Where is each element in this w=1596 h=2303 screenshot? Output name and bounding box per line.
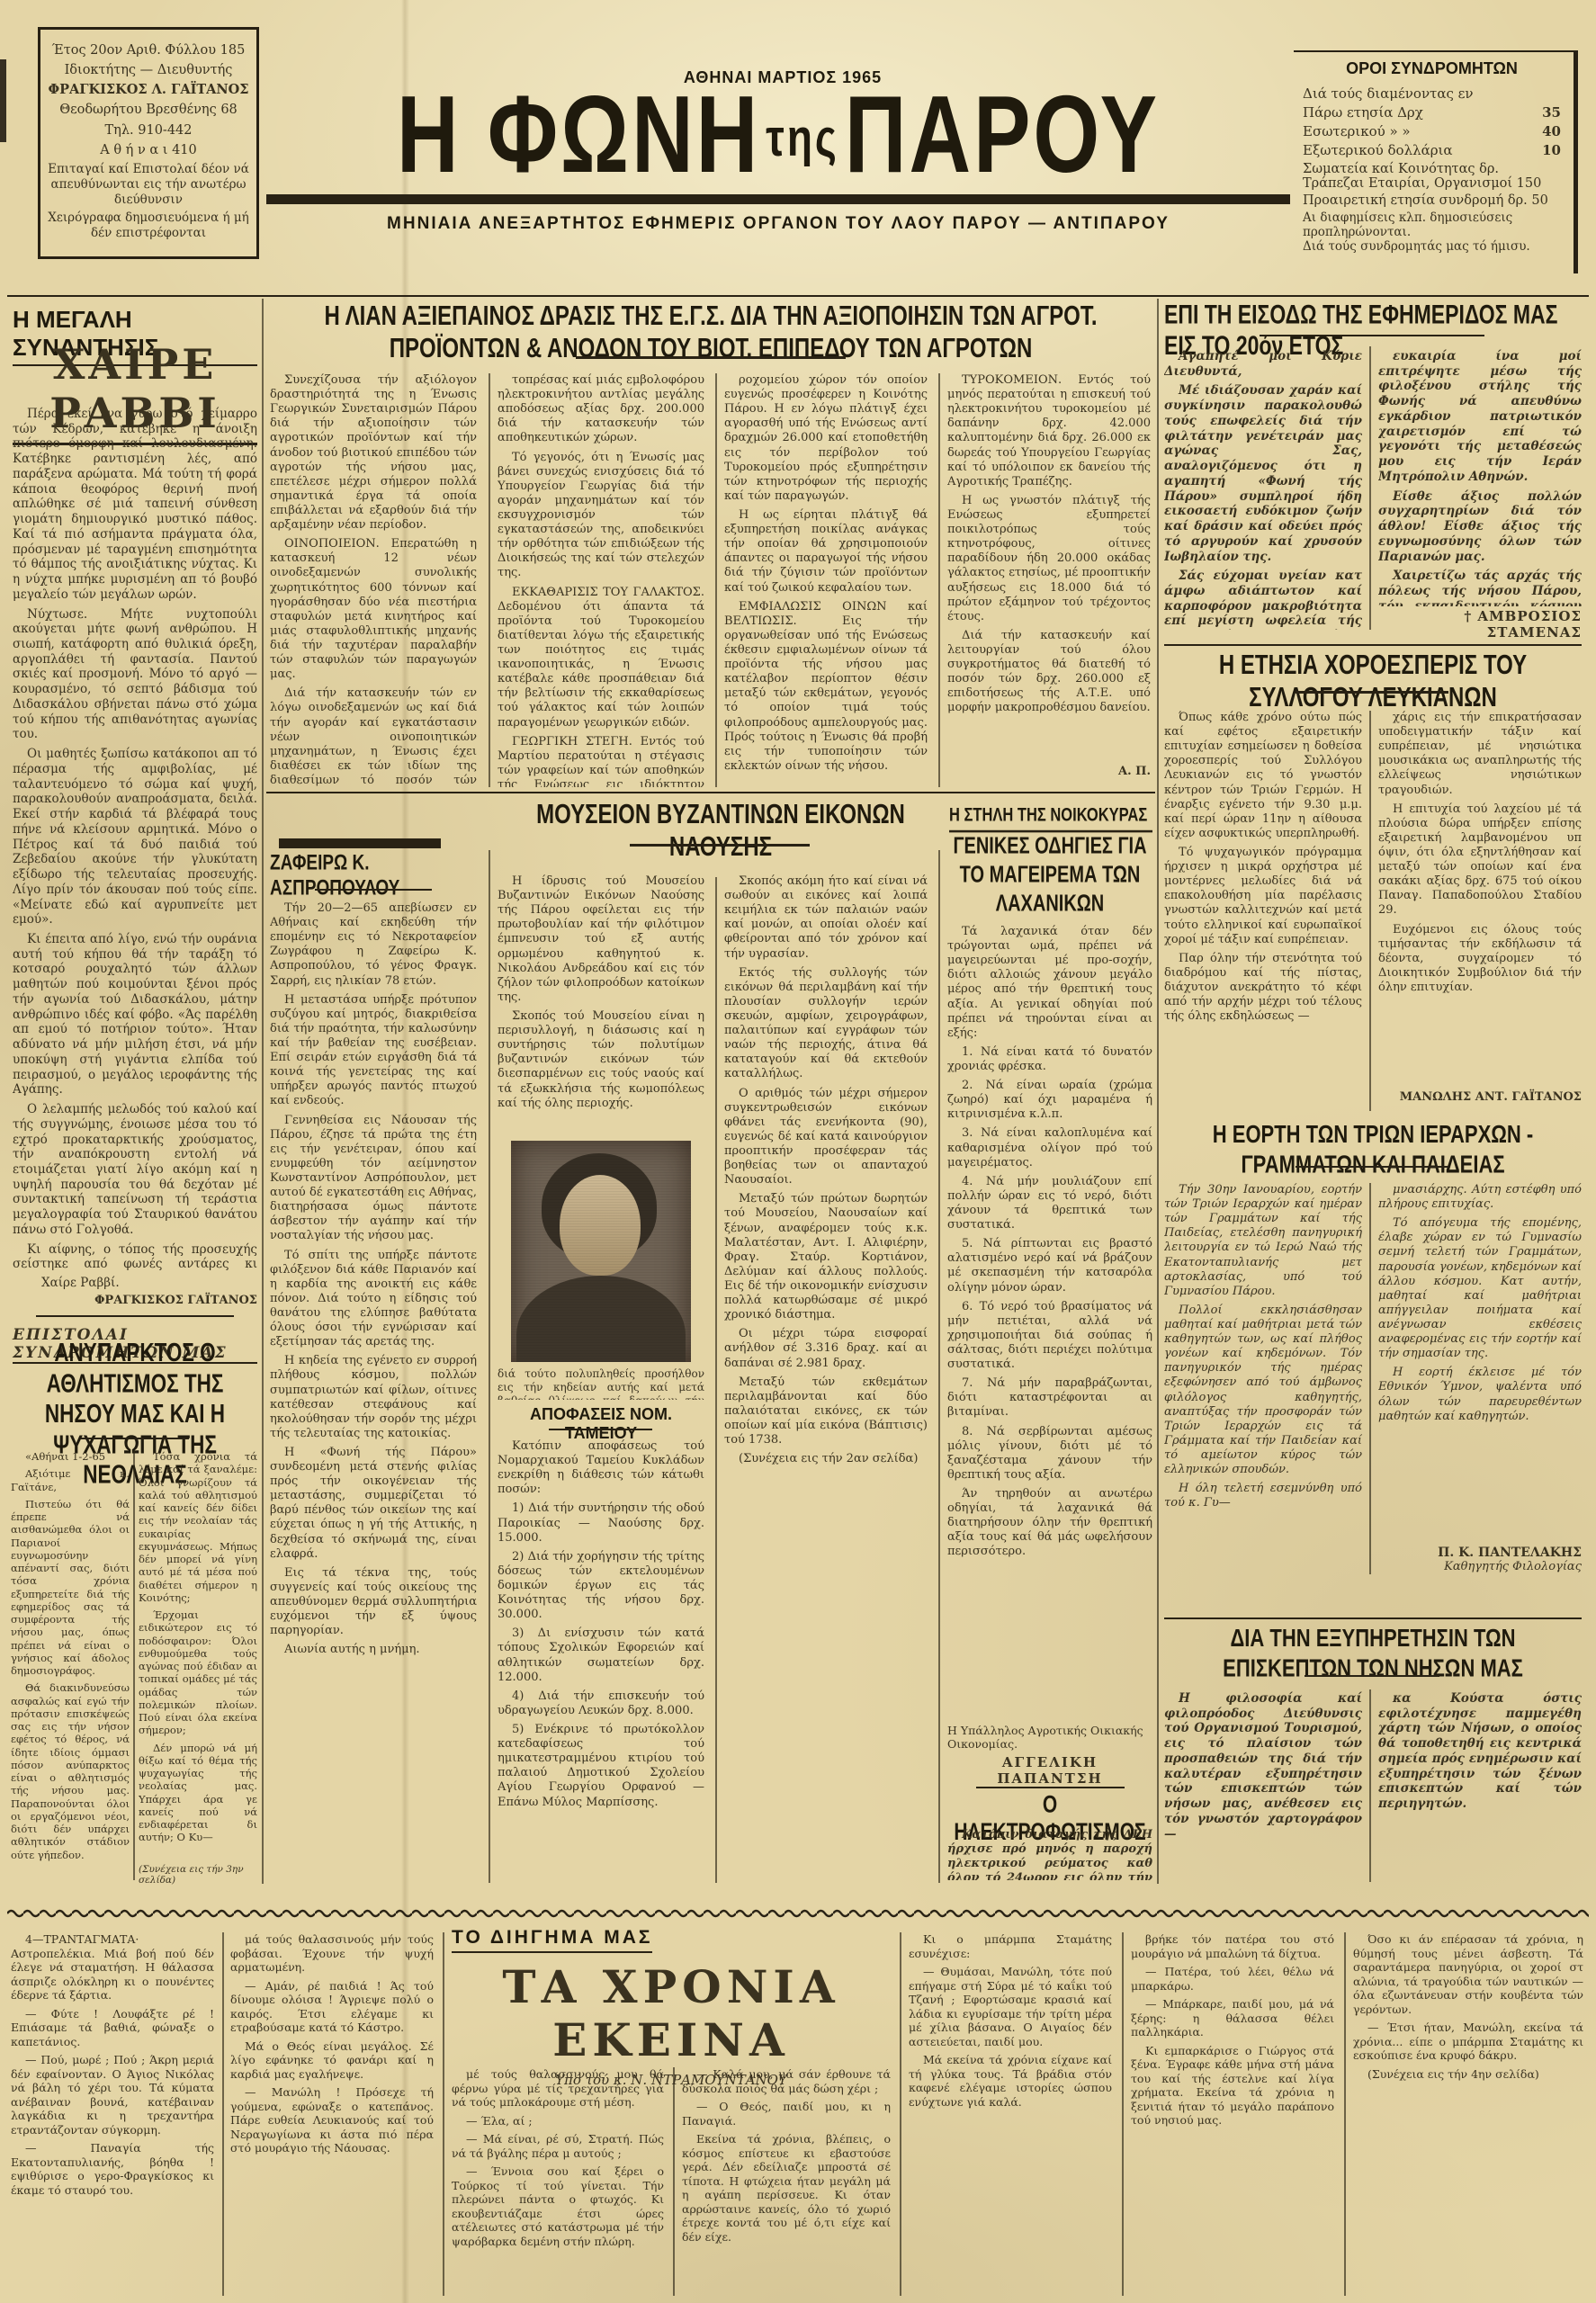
egs-signature: Α. Π. bbox=[947, 765, 1151, 778]
paragraph: Η φιλοσοφία καί φιλοπρόοδος Διεύθυνσις τ… bbox=[1164, 1691, 1362, 1842]
paragraph: Μέ ιδιάζουσαν χαράν καί συγκίνησιν παρακ… bbox=[1164, 383, 1362, 564]
masthead-title-left: Η ΦΩΝΗ bbox=[397, 74, 760, 196]
zafeiro-body: Τήν 20—2—65 απεβίωσεν εν Αθήναις καί εκη… bbox=[270, 901, 477, 1880]
paragraph: Κι έπειτα από λίγο, ενώ τήν ουράνια αυτή… bbox=[13, 932, 257, 1098]
masthead-title: Η ΦΩΝΗτηςΠΑΡΟΥ bbox=[265, 73, 1291, 199]
city-line: Α θ ή ν α ι 410 bbox=[48, 142, 249, 158]
paragraph: ΓΕΩΡΓΙΚΗ ΣΤΕΓΗ. Εντός τού Μαρτίου περατο… bbox=[498, 735, 704, 787]
section-divider bbox=[266, 792, 1155, 793]
ierarchon-signature-role: Καθηγητής Φιλολογίας bbox=[1378, 1560, 1582, 1573]
museum-colc: Σκοπός ακόμη ήτο καί είναι νά σωθούν αι … bbox=[724, 874, 928, 1880]
issue-number: Έτος 20ον Αριθ. Φύλλου 185 bbox=[48, 42, 249, 58]
photo-grain bbox=[511, 1141, 691, 1362]
paragraph: — Ο Θεός, παιδί μου, κι η Παναγιά. bbox=[682, 2100, 891, 2128]
column-divider bbox=[1369, 1689, 1371, 1882]
headline-rule bbox=[1305, 1675, 1439, 1677]
paragraph: — Καλά μου, μά σάν έρθουνε τά δύσκολα πο… bbox=[682, 2067, 891, 2095]
column-divider bbox=[262, 299, 264, 1884]
paragraph: Τό γεγονός, ότι η Ένωσίς μας βάνει συνεχ… bbox=[498, 451, 704, 581]
letters-continuation: (Συνέχεια εις τήν 3ην σελίδα) bbox=[139, 1864, 257, 1886]
ierarchon-headline: Η ΕΟΡΤΗ ΤΩΝ ΤΡΙΩΝ ΙΕΡΑΡΧΩΝ - ΓΡΑΜΜΑΤΩΝ Κ… bbox=[1164, 1120, 1582, 1181]
exypiretisi-col1: Η φιλοσοφία καί φιλοπρόοδος Διεύθυνσις τ… bbox=[1164, 1691, 1362, 1880]
ilektro-body: Κατόπιν διαταγής τής ΔΕΗ ήρχισε πρό μηνό… bbox=[947, 1828, 1152, 1880]
paragraph: 4—ΤΡΑΝΤΑΓΜΑΤΑ· Αστροπελέκια. Μιά βοή πού… bbox=[11, 1932, 214, 2003]
paragraph: βρήκε τόν πατέρα του στό μουράγιο νά μπα… bbox=[1131, 1932, 1334, 1960]
paragraph: 3) Δι ενίσχυσιν τών κατά τόπους Σχολικών… bbox=[498, 1626, 704, 1684]
paragraph: 1) Διά τήν συντήρησιν τής οδού Παροικίας… bbox=[498, 1501, 704, 1545]
phone-line: Τηλ. 910-442 bbox=[48, 122, 249, 139]
noikokyra-kicker: Η ΣΤΗΛΗ ΤΗΣ ΝΟΙΚΟΚΥΡΑΣ bbox=[949, 805, 1152, 833]
paragraph: 3. Νά είναι καλοπλυμένα καί καθαρισμένα … bbox=[947, 1126, 1152, 1169]
subscription-note: Διά τούς συνδρομητάς μας τό ήμισυ. bbox=[1303, 239, 1561, 254]
column-divider bbox=[1122, 1932, 1124, 2296]
rate-label: Εξωτερικού δολλάρια bbox=[1303, 142, 1453, 158]
paragraph: Κατόπιν διαταγής τής ΔΕΗ ήρχισε πρό μηνό… bbox=[947, 1828, 1152, 1880]
section-divider bbox=[976, 1787, 1125, 1788]
paragraph: (Συνέχεια εις τήν 4ην σελίδα) bbox=[1353, 2067, 1583, 2082]
paragraph: Εις τά τέκνα της, τούς συγγενείς καί τού… bbox=[270, 1566, 477, 1639]
paragraph: Διά τήν κατασκευήν καί λειτουργίαν τού ό… bbox=[947, 629, 1151, 716]
rate-row: Εσωτερικού » »40 bbox=[1303, 123, 1561, 139]
paragraph: 4. Νά μήν μουλιάζουν επί πολλήν ώραν εις… bbox=[947, 1175, 1152, 1232]
headline-rule bbox=[315, 889, 432, 891]
rate-label: Εσωτερικού » » bbox=[1303, 123, 1411, 139]
ierarchon-signature: Π. Κ. ΠΑΝΤΕΛΑΚΗΣ bbox=[1378, 1546, 1582, 1560]
paragraph: Μά ο Θεός είναι μεγάλος. Σέ λίγο εφάνηκε… bbox=[230, 2039, 434, 2082]
masthead-subtitle: ΜΗΝΙΑΙΑ ΑΝΕΞΑΡΤΗΤΟΣ ΕΦΗΜΕΡΙΣ ΟΡΓΑΝΟΝ ΤΟΥ… bbox=[266, 214, 1290, 234]
rate-value: 40 bbox=[1542, 123, 1561, 139]
paragraph: Είσθε άξιος πολλών συγχαρητηρίων διά τόν… bbox=[1378, 489, 1582, 565]
paragraph: 5. Νά ρίπτωνται εις βραστό αλατισμένο νε… bbox=[947, 1237, 1152, 1295]
rate-value: 10 bbox=[1542, 142, 1561, 158]
column-divider bbox=[133, 1450, 135, 1880]
paragraph: Τήν 30ην Ιανουαρίου, εορτήν τών Τριών Ιε… bbox=[1164, 1183, 1362, 1299]
paragraph: Τό ψυχαγωγικόν πρόγραμμα ήρχισεν η μικρά… bbox=[1164, 846, 1362, 947]
address-line: Θεοδωρήτου Βρεσθένης 68 bbox=[48, 102, 249, 118]
paragraph: Η κηδεία της εγένετο εν συρροή πλήθους κ… bbox=[270, 1354, 477, 1441]
paragraph: Μεταξύ τών πρώτων δωρητών τού Μουσείου, … bbox=[724, 1192, 928, 1322]
paragraph: κα Κούστα όστις εφιλοτέχνησε παμμεγέθη χ… bbox=[1378, 1691, 1582, 1812]
paragraph: τοπρέσας καί μιάς εμβολοφόρου ηλεκτροκιν… bbox=[498, 373, 704, 446]
story-col3: μέ τούς θαλασσινούς μου θά φέρνω γύρα μέ… bbox=[452, 2067, 664, 2296]
paragraph: Εκείνα τά χρόνια, βλέπεις, ο κόσμος επίσ… bbox=[682, 2132, 891, 2244]
paragraph: Οι μέχρι τώρα εισφοραί ανήλθον σέ 3.316 … bbox=[724, 1327, 928, 1370]
paragraph: 8. Νά σερβίρωνται αμέσως μόλις γίνουν, δ… bbox=[947, 1425, 1152, 1483]
story-col1: 4—ΤΡΑΝΤΑΓΜΑΤΑ· Αστροπελέκια. Μιά βοή πού… bbox=[11, 1932, 214, 2296]
newspaper-page: Έτος 20ον Αριθ. Φύλλου 185 Ιδιοκτήτης — … bbox=[0, 0, 1596, 2303]
rate-value: 35 bbox=[1542, 104, 1561, 121]
paragraph: «Αθήναι 1-2-65 bbox=[11, 1450, 130, 1463]
paragraph: μά τούς θαλασσινούς μήν τούς φοβάσαι. Έχ… bbox=[230, 1932, 434, 1975]
paragraph: Πιστεύω ότι θά έπρεπε νά αισθανώμεθα όλο… bbox=[11, 1498, 130, 1678]
paragraph: Τά λαχανικά όταν δέν τρώγονται ωμά, πρέπ… bbox=[947, 925, 1152, 1041]
paragraph: Χαιρετίζω τάς αρχάς τής πόλεως τής νήσου… bbox=[1378, 569, 1582, 606]
exypiretisi-col2: κα Κούστα όστις εφιλοτέχνησε παμμεγέθη χ… bbox=[1378, 1691, 1582, 1880]
paragraph: Θά διακινδυνεύσω ασφαλώς καί εγώ τήν πρό… bbox=[11, 1681, 130, 1861]
paragraph: Η «Φωνή τής Πάρου» συνδεομένη μετά στενή… bbox=[270, 1446, 477, 1562]
rabbi-signature: ΦΡΑΓΚΙΣΚΟΣ ΓΑΪΤΑΝΟΣ bbox=[13, 1294, 257, 1307]
paragraph: 2) Διά τήν χορήγησιν τής τρίτης δόσεως τ… bbox=[498, 1550, 704, 1623]
paragraph: ροχομείου χώρον τόν οποίον ευγενώς προσέ… bbox=[724, 373, 928, 504]
headline-rule bbox=[1296, 691, 1448, 694]
entry20-col1: Αγαπητέ μοι Κύριε Διευθυντά,Μέ ιδιάζουσα… bbox=[1164, 349, 1362, 630]
zafeiro-headline: ΖΑΦΕΙΡΩ Κ. ΑΣΠΡΟΠΟΥΛΟΥ bbox=[270, 851, 486, 901]
story-kicker: ΤΟ ΔΙΗΓΗΜΑ ΜΑΣ bbox=[452, 1927, 652, 1953]
museum-headline: ΜΟΥΣΕΙΟΝ ΒΥΖΑΝΤΙΝΩΝ ΕΙΚΟΝΩΝ ΝΑΟΥΣΗΣ bbox=[500, 799, 941, 864]
portrait-photo bbox=[511, 1141, 691, 1362]
egs-col4: ΤΥΡΟΚΟΜΕΙΟΝ. Εντός τού μηνός περατούται … bbox=[947, 373, 1151, 762]
column-divider bbox=[673, 2067, 675, 2296]
paragraph: Έρχομαι ειδικώτερον εις τό ποδόσφαιρον: … bbox=[139, 1609, 257, 1737]
paragraph: Η ίδρυσις τού Μουσείου Βυζαντινών Εικόνω… bbox=[498, 874, 704, 1005]
paragraph: 7. Νά μήν παραβράζωνται, διότι καταστρέφ… bbox=[947, 1376, 1152, 1420]
subscription-note: Αι διαφημίσεις κλπ. δημοσιεύσεις προπληρ… bbox=[1303, 211, 1561, 239]
header-divider bbox=[7, 295, 1589, 297]
paragraph: Κι αίφνης, ο τόπος τής προσευχής σείστηκ… bbox=[13, 1242, 257, 1272]
wavy-divider bbox=[7, 1905, 1589, 1916]
paragraph: 1. Νά είναι κατά τό δυνατόν χρονιάς φρέσ… bbox=[947, 1045, 1152, 1074]
museum-colb: Η ίδρυσις τού Μουσείου Βυζαντινών Εικόνω… bbox=[498, 874, 704, 1137]
paragraph: ΕΚΚΑΘΑΡΙΣΙΣ ΤΟΥ ΓΑΛΑΚΤΟΣ. Δεδομένου ότι … bbox=[498, 586, 704, 730]
dance-signature: ΜΑΝΩΛΗΣ ΑΝΤ. ΓΑΪΤΑΝΟΣ bbox=[1378, 1090, 1582, 1104]
paragraph: Αιωνία αυτής η μνήμη. bbox=[270, 1643, 477, 1657]
paragraph: Κι εμπαρκάρισε ο Γιώργος στά ξένα. Έγραφ… bbox=[1131, 2044, 1334, 2128]
dance-headline: Η ΕΤΗΣΙΑ ΧΟΡΟΕΣΠΕΡΙΣ ΤΟΥ ΣΥΛΛΟΓΟΥ ΛΕΥΚΙΑ… bbox=[1164, 650, 1582, 714]
headline-rule bbox=[630, 844, 810, 847]
column-divider bbox=[1369, 346, 1371, 630]
apofaseis-body: Κατόπιν αποφάσεως τού Νομαρχιακού Ταμείο… bbox=[498, 1439, 704, 1880]
paragraph: — Μανώλη ! Πρόσεχε τή γούμενα, εφώναξε ο… bbox=[230, 2085, 434, 2155]
paragraph: Όσο κι άν επέρασαν τά χρόνια, η θύμησή τ… bbox=[1353, 1932, 1583, 2016]
column-divider bbox=[1344, 1932, 1346, 2296]
paragraph: — Παναγία τής Εκατονταπυλιανής, βόηθα ! … bbox=[11, 2141, 214, 2197]
paragraph: Σκοπός ακόμη ήτο καί είναι νά σωθούν αι … bbox=[724, 874, 928, 962]
paragraph: Μά εκείνα τά χρόνια είχανε καί τή γλύκα … bbox=[909, 2053, 1112, 2109]
paragraph: 6. Τό νερό τού βρασίματος νά μήν πετιέτα… bbox=[947, 1300, 1152, 1373]
subscription-note: Σωματεία καί Κοινότητας δρ. bbox=[1303, 162, 1561, 176]
column-divider bbox=[715, 877, 717, 1883]
paragraph: Η εορτή έκλεισε μέ τόν Εθνικόν Ύμνον, ψα… bbox=[1378, 1366, 1582, 1423]
story-col5: Κι ο μπάρμπα Σταμάτης εσυνέχισε:— Θυμάσα… bbox=[909, 1932, 1112, 2296]
paragraph: Αγαπητέ μοι Κύριε Διευθυντά, bbox=[1164, 349, 1362, 379]
headline-rule bbox=[576, 356, 846, 359]
paragraph: Ο λελαμπής μελωδός τού καλού καί τής συγ… bbox=[13, 1102, 257, 1238]
paragraph: ευκαιρία ίνα μοί επιτρέψητε μέσω τής φιλ… bbox=[1378, 349, 1582, 485]
ierarchon-col1: Τήν 30ην Ιανουαρίου, εορτήν τών Τριών Ιε… bbox=[1164, 1183, 1362, 1570]
section-divider bbox=[1164, 644, 1582, 646]
column-divider bbox=[938, 850, 940, 1883]
noikokyra-byline: Η Υπάλληλος Αγροτικής Οικιακής Οικονομία… bbox=[947, 1724, 1152, 1751]
paragraph: Γεννηθείσα εις Νάουσαν τής Πάρου, έζησε … bbox=[270, 1114, 477, 1244]
masthead-title-article: της bbox=[760, 107, 845, 167]
paragraph: — Πατέρα, τού λέει, θέλω νά μπαρκάρω. bbox=[1131, 1965, 1334, 1993]
paragraph: Τό σπίτι της υπήρξε πάντοτε φιλόξενον δι… bbox=[270, 1249, 477, 1350]
paragraph: Σάς εύχομαι υγείαν κατ άμφω αδιάπτωτον κ… bbox=[1164, 569, 1362, 630]
subscription-intro: Διά τούς διαμένοντας εν bbox=[1303, 85, 1561, 102]
paragraph: Νύχτωσε. Μήτε νυχτοπούλι ακούγεται μήτε … bbox=[13, 607, 257, 743]
letters-col1: «Αθήναι 1-2-65Αξιότιμε κ. Γαϊτάνε,Πιστεύ… bbox=[11, 1450, 130, 1880]
paragraph: Εκτός τής συλλογής τών εικόνων θά περιλα… bbox=[724, 966, 928, 1082]
paragraph: Σκοπός τού Μουσείου είναι η περισυλλογή,… bbox=[498, 1009, 704, 1111]
paragraph: ΕΜΦΙΑΛΩΣΙΣ ΟΙΝΩΝ καί ΒΕΛΤΙΩΣΙΣ. Εις τήν … bbox=[724, 600, 928, 774]
headline-rule bbox=[1296, 1166, 1448, 1168]
paragraph: 2. Νά είναι ωραία (χρώμα ζωηρό) καί όχι … bbox=[947, 1079, 1152, 1122]
paragraph: (Συνέχεια εις τήν 2αν σελίδα) bbox=[724, 1452, 928, 1466]
paragraph: Μεταξύ τών εκθεμάτων περιλαμβάνονται καί… bbox=[724, 1376, 928, 1448]
manuscripts-note: Χειρόγραφα δημοσιευόμενα ή μή δέν επιστρ… bbox=[48, 211, 249, 241]
section-divider bbox=[1164, 1617, 1582, 1619]
ierarchon-col2: μνασιάρχης. Αύτη εστέφθη υπό πλήρους επι… bbox=[1378, 1183, 1582, 1543]
paragraph: Η μεταστάσα υπήρξε πρότυπον συζύγου καί … bbox=[270, 993, 477, 1109]
wavy-divider-svg bbox=[7, 1908, 1589, 1919]
paragraph: — Έννοια σου καί ξέρει ο Τούρκος τί τού … bbox=[452, 2164, 664, 2248]
story-col4: — Καλά μου, μά σάν έρθουνε τά δύσκολα πο… bbox=[682, 2067, 891, 2296]
apofaseis-headline: ΑΠΟΦΑΣΕΙΣ ΝΟΜ. ΤΑΜΕΙΟΥ bbox=[498, 1405, 704, 1443]
paragraph: — Έτσι ήταν, Μανώλη, εκείνα τά χρόνια...… bbox=[1353, 2021, 1583, 2063]
paragraph: Κι ο μπάρμπα Σταμάτης εσυνέχισε: bbox=[909, 1932, 1112, 1960]
paragraph: Οι μαθητές ξωπίσω κατάκοποι απ τό πέρασμ… bbox=[13, 747, 257, 927]
column-divider bbox=[715, 373, 717, 787]
paragraph: μέ τούς θαλασσινούς μου θά φέρνω γύρα μέ… bbox=[452, 2067, 664, 2110]
letters-col2: Τόσα χρόνια τά λέμε καί τά ξαναλέμε: Όλο… bbox=[139, 1450, 257, 1862]
paragraph: Άν τηρηθούν αι ανωτέρω οδηγίαι, τά λαχαν… bbox=[947, 1487, 1152, 1560]
subscription-note: Τράπεζαι Εταιρίαι, Οργανισμοί 150 bbox=[1303, 176, 1561, 191]
paragraph: Δέν μπορώ νά μή θίξω καί τό θέμα τής ψυχ… bbox=[139, 1742, 257, 1844]
subscription-title: ΟΡΟΙ ΣΥΝΔΡΟΜΗΤΩΝ bbox=[1303, 59, 1561, 78]
paragraph: Ο αριθμός τών μέχρι σήμερον συγκεντρωθει… bbox=[724, 1087, 928, 1188]
owner-name: ΦΡΑΓΚΙΣΚΟΣ Λ. ΓΑΪΤΑΝΟΣ bbox=[48, 82, 249, 98]
column-divider bbox=[900, 1932, 901, 2296]
rate-label: Πάρω ετησία Δρχ bbox=[1303, 104, 1423, 121]
headline-rule bbox=[1260, 335, 1484, 336]
column-divider bbox=[489, 373, 490, 787]
headline-rule bbox=[549, 1429, 652, 1430]
story-col7: Όσο κι άν επέρασαν τά χρόνια, η θύμησή τ… bbox=[1353, 1932, 1583, 2296]
rate-row: Εξωτερικού δολλάρια10 bbox=[1303, 142, 1561, 158]
column-divider bbox=[1369, 1183, 1371, 1574]
paragraph: Η επιτυχία τού λαχείου μέ τά πλούσια δώρ… bbox=[1378, 802, 1582, 919]
headline-rule bbox=[81, 1438, 189, 1439]
paragraph: Παρ όλην τήν στενότητα τού διαδρόμου καί… bbox=[1164, 952, 1362, 1025]
masthead-rule bbox=[266, 194, 1290, 204]
paragraph: Συνεχίζουσα τήν αξιόλογον δραστηριότητά … bbox=[270, 373, 477, 533]
column-divider bbox=[1369, 711, 1371, 1111]
story-headline: ΤΑ ΧΡΟΝΙΑ ΕΚΕΙΝΑ bbox=[452, 1960, 891, 2066]
paragraph: — Θυμάσαι, Μανώλη, τότε πού επήγαμε στή … bbox=[909, 1965, 1112, 2048]
paragraph: Η ως γνωστόν πλάτιγξ τής Ενώσεως εξυπηρε… bbox=[947, 494, 1151, 624]
column-divider bbox=[443, 1932, 444, 2296]
paragraph: Όπως κάθε χρόνο ούτω πώς καί εφέτος εξαι… bbox=[1164, 711, 1362, 841]
column-divider bbox=[489, 850, 490, 1883]
owner-label: Ιδιοκτήτης — Διευθυντής bbox=[48, 62, 249, 78]
subscription-box: ΟΡΟΙ ΣΥΝΔΡΟΜΗΤΩΝ Διά τούς διαμένοντας εν… bbox=[1294, 50, 1578, 273]
scan-edge-smudge bbox=[0, 59, 6, 142]
egs-col3: ροχομείου χώρον τόν οποίον ευγενώς προσέ… bbox=[724, 373, 928, 787]
paragraph: — Αμάν, ρέ παιδιά ! Άς τού δίνουμε ολόισ… bbox=[230, 1979, 434, 2035]
paragraph: χάρις εις τήν επικρατήσασαν υποδειγματικ… bbox=[1378, 711, 1582, 798]
zafeiro-under-photo: διά τούτο πολυπληθείς προσήλθον εις τήν … bbox=[498, 1367, 704, 1400]
masthead-title-right: ΠΑΡΟΥ bbox=[845, 74, 1160, 196]
story-col6: βρήκε τόν πατέρα του στό μουράγιο νά μπα… bbox=[1131, 1932, 1334, 2296]
paragraph: 4) Διά τήν επισκευήν τού υδραγωγείου Λευ… bbox=[498, 1689, 704, 1718]
paragraph: Τήν 20—2—65 απεβίωσεν εν Αθήναις καί εκη… bbox=[270, 901, 477, 989]
paragraph: Η ως είρηται πλάτιγξ θά εξυπηρετήση ποικ… bbox=[724, 508, 928, 596]
paragraph: — Μπάρκαρε, παιδί μου, μά νά ξέρης: η θά… bbox=[1131, 1997, 1334, 2039]
rabbi-body: Πέρα εκεί ένα γύρω στό χείμαρρο τών Κέδρ… bbox=[13, 407, 257, 1272]
paragraph: Αξιότιμε κ. Γαϊτάνε, bbox=[11, 1467, 130, 1493]
mourning-bar bbox=[279, 838, 441, 848]
rate-row: Πάρω ετησία Δρχ35 bbox=[1303, 104, 1561, 121]
paragraph: μνασιάρχης. Αύτη εστέφθη υπό πλήρους επι… bbox=[1378, 1183, 1582, 1212]
paragraph: ΤΥΡΟΚΟΜΕΙΟΝ. Εντός τού μηνός περατούται … bbox=[947, 373, 1151, 489]
entry20-col2: ευκαιρία ίνα μοί επιτρέψητε μέσω τής φιλ… bbox=[1378, 349, 1582, 606]
paragraph: Τόσα χρόνια τά λέμε καί τά ξαναλέμε: Όλο… bbox=[139, 1450, 257, 1604]
column-divider bbox=[938, 373, 940, 787]
paragraph: — Φύτε ! Λουφάξτε ρέ ! Επιάσαμε τά βαθιά… bbox=[11, 2007, 214, 2049]
egs-col1: Συνεχίζουσα τήν αξιόλογον δραστηριότητά … bbox=[270, 373, 477, 787]
paragraph: Πολλοί εκκλησιάσθησαν μαθηταί καί μαθήτρ… bbox=[1164, 1304, 1362, 1477]
publisher-info-box: Έτος 20ον Αριθ. Φύλλου 185 Ιδιοκτήτης — … bbox=[38, 27, 259, 259]
story-col2: μά τούς θαλασσινούς μήν τούς φοβάσαι. Έχ… bbox=[230, 1932, 434, 2296]
paragraph: Η όλη τελετή εσεμνύνθη υπό τού κ. Γυ— bbox=[1164, 1482, 1362, 1510]
paragraph: 5) Ενέκρινε τό πρωτόκολλον κατεδαφίσεως … bbox=[498, 1723, 704, 1810]
paragraph: ΟΙΝΟΠΟΙΕΙΟΝ. Επερατώθη η κατασκευή 12 νέ… bbox=[270, 537, 477, 682]
egs-col2: τοπρέσας καί μιάς εμβολοφόρου ηλεκτροκιν… bbox=[498, 373, 704, 787]
paragraph: — Πού, μωρέ ; Πού ; Άκρη μεριά δέν εφαίν… bbox=[11, 2053, 214, 2137]
subscription-note: Προαιρετική ετησία συνδρομή δρ. 50 bbox=[1303, 193, 1561, 208]
rabbi-closing: Χαίρε Ραββί. bbox=[13, 1276, 257, 1290]
section-divider bbox=[36, 1315, 234, 1317]
paragraph: — Μά είναι, ρέ σύ, Στρατή. Πώς νά τά βγά… bbox=[452, 2132, 664, 2160]
remittance-note: Επιταγαί καί Επιστολαί δέον νά απευθύνων… bbox=[48, 162, 249, 208]
dance-col1: Όπως κάθε χρόνο ούτω πώς καί εφέτος εξαι… bbox=[1164, 711, 1362, 1114]
dance-col2: χάρις εις τήν επικρατήσασαν υποδειγματικ… bbox=[1378, 711, 1582, 1089]
noikokyra-signature: ΑΓΓΕΛΙΚΗ ΠΑΠΑΝΤΣΗ bbox=[947, 1754, 1152, 1787]
paragraph: — Έλα, αί ; bbox=[452, 2114, 664, 2128]
paragraph: Πέρα εκεί ένα γύρω στό χείμαρρο τών Κέδρ… bbox=[13, 407, 257, 603]
paragraph: Κατόπιν αποφάσεως τού Νομαρχιακού Ταμείο… bbox=[498, 1439, 704, 1497]
paragraph: διά τούτο πολυπληθείς προσήλθον εις τήν … bbox=[498, 1367, 704, 1400]
entry20-signature: † ΑΜΒΡΟΣΙΟΣ ΣΤΑΜΕΝΑΣ bbox=[1378, 608, 1582, 641]
story-head-block: ΤΟ ΔΙΗΓΗΜΑ ΜΑΣ ΤΑ ΧΡΟΝΙΑ ΕΚΕΙΝΑ Υπό τού … bbox=[452, 1927, 891, 2088]
paragraph: Ευχόμενοι εις όλους τούς τιμήσαντας τήν … bbox=[1378, 923, 1582, 996]
paragraph: Τό απόγευμα τής επομένης, έλαβε χώραν εν… bbox=[1378, 1216, 1582, 1361]
column-divider bbox=[222, 1932, 224, 2296]
paragraph: Διά τήν κατασκευήν τών εν λόγω οινοδεξαμ… bbox=[270, 686, 477, 787]
column-divider bbox=[1157, 299, 1159, 1884]
noikokyra-headline: ΓΕΝΙΚΕΣ ΟΔΗΓΙΕΣ ΓΙΑ ΤΟ ΜΑΓΕΙΡΕΜΑ ΤΩΝ ΛΑΧ… bbox=[947, 833, 1152, 919]
noikokyra-body: Τά λαχανικά όταν δέν τρώγονται ωμά, πρέπ… bbox=[947, 925, 1152, 1718]
